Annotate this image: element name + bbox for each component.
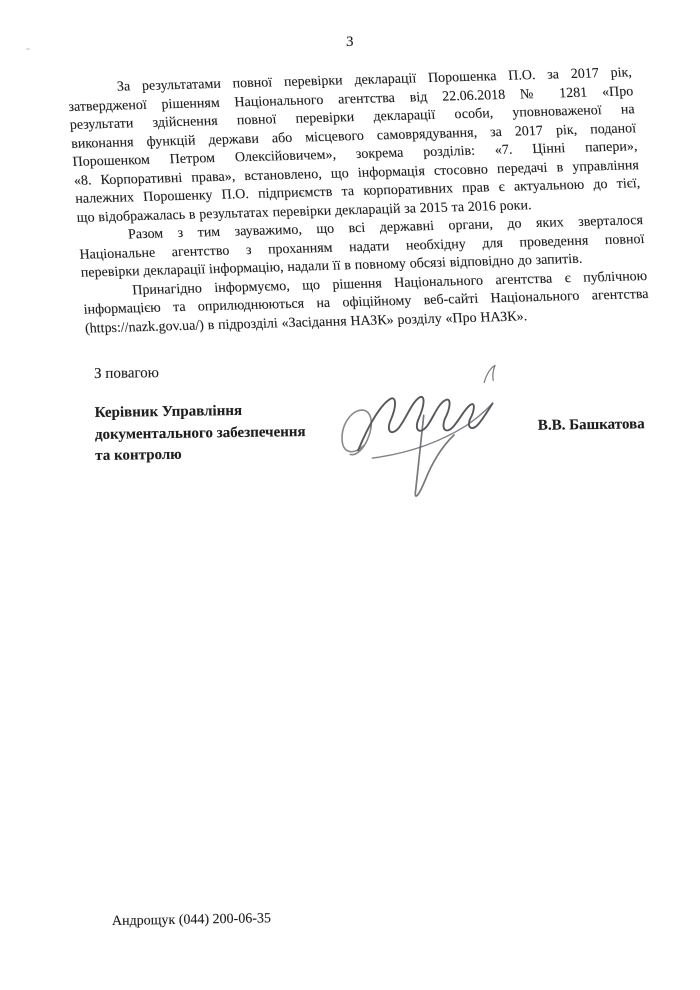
scan-speck bbox=[26, 48, 30, 50]
contact-footer: Андрощук (044) 200-06-35 bbox=[112, 911, 271, 930]
signer-name: В.В. Башкатова bbox=[538, 416, 645, 434]
paragraph: За результатами повної перевірки деклара… bbox=[66, 64, 642, 228]
signer-title: Керівник Управління документального забе… bbox=[95, 400, 307, 467]
signer-title-line: та контролю bbox=[95, 443, 306, 467]
closing-salutation: З повагою bbox=[94, 365, 159, 383]
page-number: 3 bbox=[0, 34, 700, 51]
signer-title-line: Керівник Управління bbox=[95, 400, 306, 424]
signer-title-line: документального забезпечення bbox=[95, 422, 306, 446]
scanned-letter-page: 3 За результатами повної перевірки декла… bbox=[0, 0, 700, 990]
letter-body: За результатами повної перевірки деклара… bbox=[66, 64, 650, 338]
handwritten-signature-icon bbox=[333, 352, 510, 504]
sign-off-block: З повагою Керівник Управління документал… bbox=[92, 358, 669, 526]
